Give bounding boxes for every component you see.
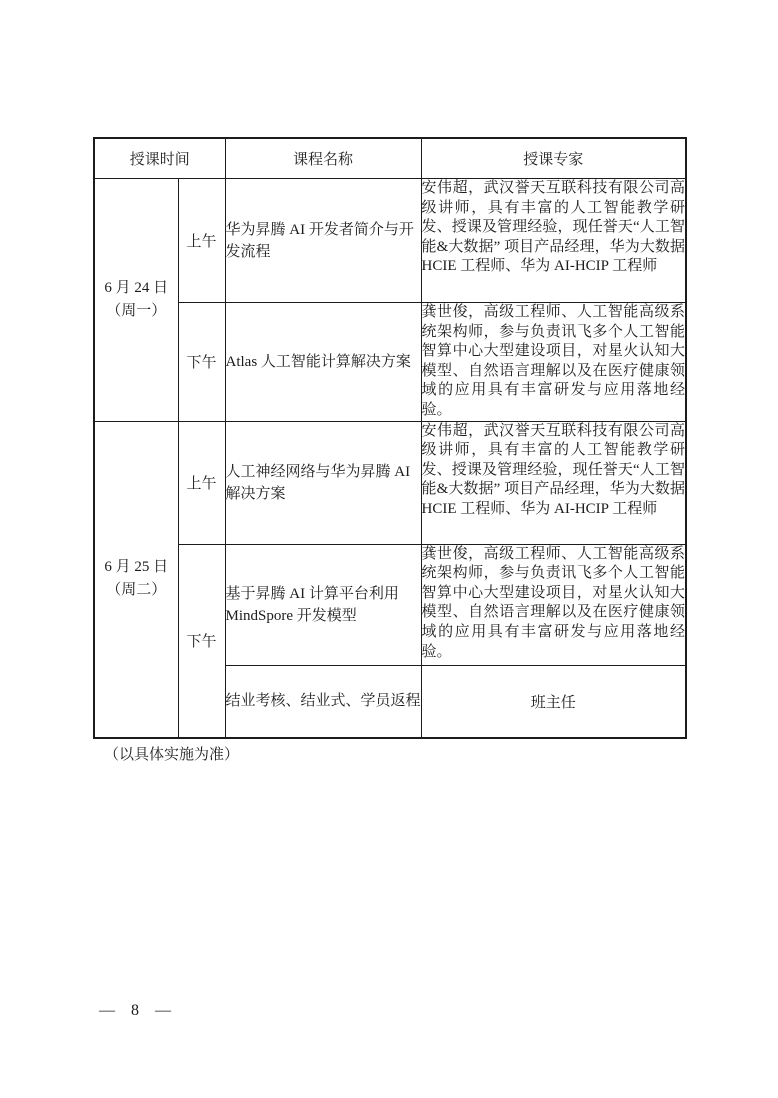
header-row: 授课时间 课程名称 授课专家 bbox=[94, 138, 686, 179]
period-day2-am: 上午 bbox=[178, 421, 225, 544]
row-day2-pm: 下午 基于昇腾 AI 计算平台利用 MindSpore 开发模型 龚世俊，高级工… bbox=[94, 544, 686, 665]
date-day2: 6 月 25 日 （周二） bbox=[94, 421, 178, 738]
expert-day1-pm: 龚世俊，高级工程师、人工智能高级系统架构师，参与负责讯飞多个人工智能智算中心大型… bbox=[421, 303, 686, 422]
header-time: 授课时间 bbox=[94, 138, 225, 179]
course-day2-pm: 基于昇腾 AI 计算平台利用 MindSpore 开发模型 bbox=[225, 544, 421, 665]
row-day1-am: 6 月 24 日 （周一） 上午 华为昇腾 AI 开发者简介与开发流程 安伟超，… bbox=[94, 179, 686, 303]
row-day2-am: 6 月 25 日 （周二） 上午 人工神经网络与华为昇腾 AI 解决方案 安伟超… bbox=[94, 421, 686, 544]
period-day1-pm: 下午 bbox=[178, 303, 225, 422]
expert-day2-pm: 龚世俊，高级工程师、人工智能高级系统架构师，参与负责讯飞多个人工智能智算中心大型… bbox=[421, 544, 686, 665]
date-day1: 6 月 24 日 （周一） bbox=[94, 179, 178, 422]
course-day2-closing: 结业考核、结业式、学员返程 bbox=[225, 665, 421, 738]
document-page: 授课时间 课程名称 授课专家 6 月 24 日 （周一） 上午 华为昇腾 AI … bbox=[0, 0, 778, 1098]
row-day1-pm: 下午 Atlas 人工智能计算解决方案 龚世俊，高级工程师、人工智能高级系统架构… bbox=[94, 303, 686, 422]
header-expert: 授课专家 bbox=[421, 138, 686, 179]
course-day1-pm: Atlas 人工智能计算解决方案 bbox=[225, 303, 421, 422]
footnote: （以具体实施为准） bbox=[104, 744, 239, 766]
course-day2-am: 人工神经网络与华为昇腾 AI 解决方案 bbox=[225, 421, 421, 544]
course-day1-am: 华为昇腾 AI 开发者简介与开发流程 bbox=[225, 179, 421, 303]
course-schedule-table: 授课时间 课程名称 授课专家 6 月 24 日 （周一） 上午 华为昇腾 AI … bbox=[93, 137, 687, 739]
header-course: 课程名称 bbox=[225, 138, 421, 179]
expert-day2-closing: 班主任 bbox=[421, 665, 686, 738]
expert-day2-am: 安伟超，武汉誉天互联科技有限公司高级讲师，具有丰富的人工智能教学研发、授课及管理… bbox=[421, 421, 686, 544]
page-number: — 8 — bbox=[99, 1002, 177, 1020]
period-day2-pm: 下午 bbox=[178, 544, 225, 738]
expert-day1-am: 安伟超，武汉誉天互联科技有限公司高级讲师，具有丰富的人工智能教学研发、授课及管理… bbox=[421, 179, 686, 303]
period-day1-am: 上午 bbox=[178, 179, 225, 303]
